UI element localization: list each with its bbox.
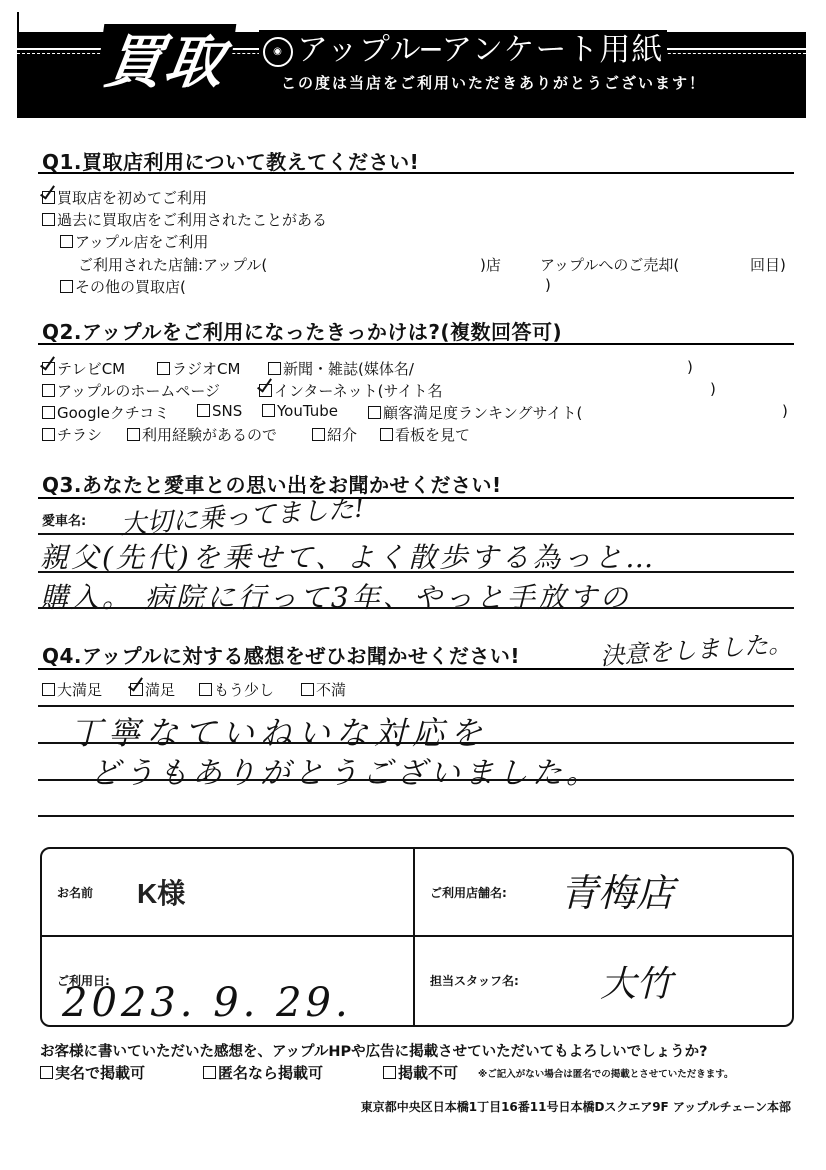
- option-label: 新聞・雑誌(媒体名/: [283, 360, 414, 378]
- checkbox-checked[interactable]: [42, 191, 55, 204]
- q4-option-not-quite[interactable]: もう少し: [199, 679, 274, 700]
- checkbox[interactable]: [197, 404, 210, 417]
- option-label: 紹介: [327, 426, 357, 444]
- q2-option-ranking-site[interactable]: 顧客満足度ランキングサイト(: [368, 402, 582, 423]
- q2-option-referral[interactable]: 紹介: [312, 424, 357, 445]
- checkbox-checked[interactable]: [130, 683, 143, 696]
- option-label: テレビCM: [57, 360, 125, 378]
- q1-title: Q1.買取店利用について教えてください!: [42, 146, 419, 175]
- q4-option-very-satisfied[interactable]: 大満足: [42, 679, 102, 700]
- store-label: ご利用店舗名:: [430, 884, 507, 901]
- checkbox[interactable]: [268, 362, 281, 375]
- q3-handwritten-line: 親父(先代)を乗せて、よく散歩する為っと…: [40, 536, 656, 576]
- option-label: 実名で掲載可: [55, 1064, 145, 1082]
- header-big-title: 買取: [94, 24, 237, 100]
- option-label: ラジオCM: [172, 360, 240, 378]
- q2-newspaper-close: ): [687, 358, 693, 376]
- q4-option-dissatisfied[interactable]: 不満: [301, 679, 346, 700]
- option-label: YouTube: [277, 402, 338, 420]
- checkbox[interactable]: [199, 683, 212, 696]
- option-label: もう少し: [214, 681, 274, 699]
- option-label: アップルのホームページ: [57, 382, 220, 400]
- car-name-label: 愛車名:: [42, 510, 86, 529]
- option-label: 顧客満足度ランキングサイト(: [383, 404, 582, 422]
- option-label: 過去に買取店をご利用されたことがある: [57, 211, 327, 229]
- q2-option-homepage[interactable]: アップルのホームページ: [42, 380, 220, 401]
- staff-value: 大竹: [600, 956, 672, 1007]
- q2-option-internet[interactable]: インターネット(サイト名: [259, 380, 442, 401]
- checkbox[interactable]: [42, 406, 55, 419]
- option-label: 不満: [316, 681, 346, 699]
- checkbox-checked[interactable]: [259, 384, 272, 397]
- q2-option-youtube[interactable]: YouTube: [262, 402, 338, 420]
- q4-ruling: [38, 705, 794, 707]
- header-brand-title: ◉アップル─アンケート用紙: [259, 30, 667, 70]
- consent-question: お客様に書いていただいた感想を、アップルHPや広告に掲載させていただいてもよろし…: [40, 1040, 708, 1061]
- option-label: 匿名なら掲載可: [218, 1064, 323, 1082]
- q2-option-google-reviews[interactable]: Googleクチコミ: [42, 402, 169, 423]
- checkbox[interactable]: [127, 428, 140, 441]
- consent-option-anonymous[interactable]: 匿名なら掲載可: [203, 1062, 323, 1083]
- name-value: K様: [137, 872, 185, 912]
- checkbox[interactable]: [42, 683, 55, 696]
- q4-handwritten-line: どうもありがとうございました。: [90, 748, 600, 792]
- checkbox[interactable]: [312, 428, 325, 441]
- left-margin-mark: [17, 12, 19, 34]
- q2-underline: [38, 343, 794, 345]
- checkbox[interactable]: [42, 384, 55, 397]
- consent-option-no-publish[interactable]: 掲載不可: [383, 1062, 458, 1083]
- q2-ranking-close: ): [782, 402, 788, 420]
- q1-option-first-time[interactable]: 買取店を初めてご利用: [42, 187, 207, 208]
- q2-internet-close: ): [710, 380, 716, 398]
- option-label: 買取店を初めてご利用: [57, 189, 207, 207]
- checkbox[interactable]: [368, 406, 381, 419]
- option-label: 看板を見て: [395, 426, 470, 444]
- q4-option-satisfied[interactable]: 満足: [130, 679, 175, 700]
- checkbox[interactable]: [380, 428, 393, 441]
- checkbox[interactable]: [40, 1066, 53, 1079]
- consent-option-real-name[interactable]: 実名で掲載可: [40, 1062, 145, 1083]
- option-label: SNS: [212, 402, 242, 420]
- q1-option-apple-store[interactable]: アップル店をご利用: [60, 231, 208, 252]
- checkbox[interactable]: [42, 428, 55, 441]
- option-label: 利用経験があるので: [142, 426, 277, 444]
- q3-handwritten-line: 決意をしました。: [599, 623, 793, 671]
- q4-title: Q4.アップルに対する感想をぜひお聞かせください!: [42, 640, 520, 669]
- checkbox-checked[interactable]: [42, 362, 55, 375]
- q4-underline: [38, 668, 794, 670]
- q3-underline: [38, 497, 794, 499]
- option-label: 満足: [145, 681, 175, 699]
- store-value: 青梅店: [560, 862, 674, 917]
- info-box-horizontal-divider: [40, 935, 792, 937]
- q1-store-suffix: )店: [480, 254, 501, 275]
- brand-title-text: アップル─アンケート用紙: [297, 32, 663, 68]
- option-label: インターネット(サイト名: [274, 382, 442, 400]
- checkbox[interactable]: [60, 235, 73, 248]
- checkbox[interactable]: [203, 1066, 216, 1079]
- q2-option-newspaper[interactable]: 新聞・雑誌(媒体名/: [268, 358, 414, 379]
- option-label: アップル店をご利用: [75, 233, 208, 251]
- q3-handwritten-line: 購入。 病院に行って3年、やっと手放すの: [40, 576, 631, 616]
- checkbox[interactable]: [262, 404, 275, 417]
- option-label: その他の買取店(: [75, 278, 186, 296]
- checkbox[interactable]: [301, 683, 314, 696]
- q1-option-used-before[interactable]: 過去に買取店をご利用されたことがある: [42, 209, 327, 230]
- checkbox[interactable]: [42, 213, 55, 226]
- checkbox[interactable]: [60, 280, 73, 293]
- q2-option-sns[interactable]: SNS: [197, 402, 242, 420]
- apple-logo-icon: ◉: [263, 37, 293, 67]
- q2-option-flyer[interactable]: チラシ: [42, 424, 102, 445]
- q1-other-close: ): [545, 276, 551, 294]
- q1-store-used-label: ご利用された店舗:アップル(: [78, 254, 267, 275]
- q2-title: Q2.アップルをご利用になったきっかけは?(複数回答可): [42, 316, 562, 345]
- footer-address: 東京都中央区日本橋1丁目16番11号日本橋Dスクエア9F アップルチェーン本部: [361, 1098, 791, 1115]
- q2-option-signboard[interactable]: 看板を見て: [380, 424, 470, 445]
- q1-sale-count-suffix: 回目): [750, 254, 786, 275]
- name-label: お名前: [57, 884, 93, 901]
- option-label: チラシ: [57, 426, 102, 444]
- option-label: 大満足: [57, 681, 102, 699]
- date-value: 2023. 9. 29.: [62, 980, 352, 1026]
- header-subtitle: この度は当店をご利用いただきありがとうございます！: [281, 72, 706, 93]
- q4-ruling: [38, 815, 794, 817]
- checkbox[interactable]: [383, 1066, 396, 1079]
- q1-underline: [38, 172, 794, 174]
- consent-note: ※ご記入がない場合は匿名での掲載とさせていただきます。: [478, 1066, 733, 1080]
- q1-option-other[interactable]: その他の買取店(: [60, 276, 186, 297]
- checkbox[interactable]: [157, 362, 170, 375]
- q2-option-radio-cm[interactable]: ラジオCM: [157, 358, 240, 379]
- staff-label: 担当スタッフ名:: [430, 972, 519, 989]
- q1-sale-count-label: アップルへのご売却(: [540, 254, 679, 275]
- header-banner: 買取 ◉アップル─アンケート用紙 この度は当店をご利用いただきありがとうございま…: [17, 32, 806, 118]
- option-label: 掲載不可: [398, 1064, 458, 1082]
- q2-option-prior-use[interactable]: 利用経験があるので: [127, 424, 277, 445]
- q2-option-tv-cm[interactable]: テレビCM: [42, 358, 125, 379]
- option-label: Googleクチコミ: [57, 404, 169, 422]
